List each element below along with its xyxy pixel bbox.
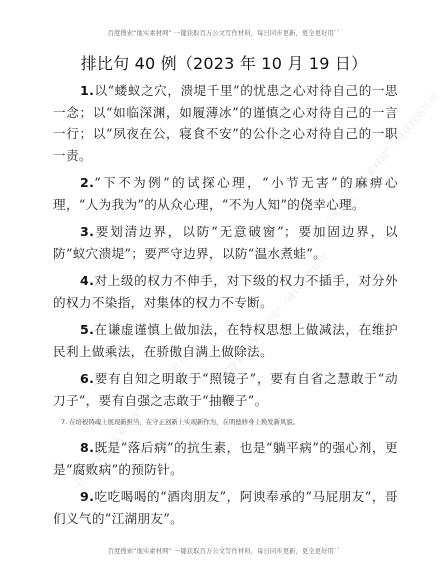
item-number: 6. (80, 371, 94, 386)
paragraph-8: 8.既是“落后病”的抗生素，也是“躺平病”的强心剂，更是“腐败病”的预防针。 (53, 437, 398, 480)
paragraph-1: 1.以“蝼蚁之穴，溃堤千里”的忧患之心对待自己的一思一念；以“如临深渊，如履薄冰… (53, 80, 398, 166)
footer-banner: 百度搜索“地实素材网” 一键获取百万公文写作材料，每日同步更新，更全更好用`` (0, 546, 448, 555)
document-title: 排比句 40 例（2023 年 10 月 19 日） (0, 51, 448, 74)
item-number: 3. (80, 224, 94, 239)
paragraph-text: 在谦虚谨慎上做加法，在特权思想上做减法，在维护民利上做乘法，在骄傲自满上做除法。 (53, 322, 398, 359)
item-number: 9. (80, 489, 94, 504)
item-number: 8. (80, 440, 94, 455)
paragraph-text: 要有自知之明敢于“照镜子”，要有自省之慧敢于“动刀子”，要有自强之志敢于“抽鞭子… (53, 371, 398, 408)
paragraph-6: 6.要有自知之明敢于“照镜子”，要有自省之慧敢于“动刀子”，要有自强之志敢于“抽… (53, 368, 398, 411)
paragraph-2: 2.“下不为例”的试探心理，“小节无害”的麻痹心理，“人为我为”的从众心理，“不… (53, 172, 398, 215)
paragraph-text: 既是“落后病”的抗生素，也是“躺平病”的强心剂，更是“腐败病”的预防针。 (53, 440, 398, 477)
paragraph-text: 吃吃喝喝的“酒肉朋友”，阿谀奉承的“马屁朋友”，哥们义气的“江湖朋友”。 (53, 489, 398, 526)
paragraph-9: 9.吃吃喝喝的“酒肉朋友”，阿谀奉承的“马屁朋友”，哥们义气的“江湖朋友”。 (53, 486, 398, 529)
item-number: 4. (80, 273, 94, 288)
item-number: 5. (80, 322, 94, 337)
paragraph-text: 要划清边界，以防“无意破窗”；要加固边界，以防“蚁穴溃堤”；要严守边界，以防“温… (53, 224, 398, 261)
item-number: 7. (61, 418, 67, 426)
document-body: 1.以“蝼蚁之穴，溃堤千里”的忧患之心对待自己的一思一念；以“如临深渊，如履薄冰… (53, 80, 398, 535)
item-number: 2. (80, 175, 94, 190)
paragraph-text: “下不为例”的试探心理，“小节无害”的麻痹心理，“人为我为”的从众心理，“不为人… (53, 175, 398, 212)
paragraph-7: 7. 在培根铸魂上展现新担当，在守正创新上实现新作为，在明德修身上焕发新风貌。 (53, 417, 398, 427)
paragraph-4: 4.对上级的权力不伸手，对下级的权力不插手，对分外的权力不染指，对集体的权力不专… (53, 270, 398, 313)
paragraph-3: 3.要划清边界，以防“无意破窗”；要加固边界，以防“蚁穴溃堤”；要严守边界，以防… (53, 221, 398, 264)
paragraph-5: 5.在谦虚谨慎上做加法，在特权思想上做减法，在维护民利上做乘法，在骄傲自满上做除… (53, 319, 398, 362)
item-number: 1. (80, 83, 94, 98)
paragraph-text: 在培根铸魂上展现新担当，在守正创新上实现新作为，在明德修身上焕发新风貌。 (69, 418, 299, 426)
paragraph-text: 以“蝼蚁之穴，溃堤千里”的忧患之心对待自己的一思一念；以“如临深渊，如履薄冰”的… (53, 83, 398, 163)
header-banner: 百度搜索“地实素材网” 一键获取百万公文写作材料，每日同步更新，更全更好用`` (0, 28, 448, 37)
paragraph-text: 对上级的权力不伸手，对下级的权力不插手，对分外的权力不染指，对集体的权力不专断。 (53, 273, 398, 310)
